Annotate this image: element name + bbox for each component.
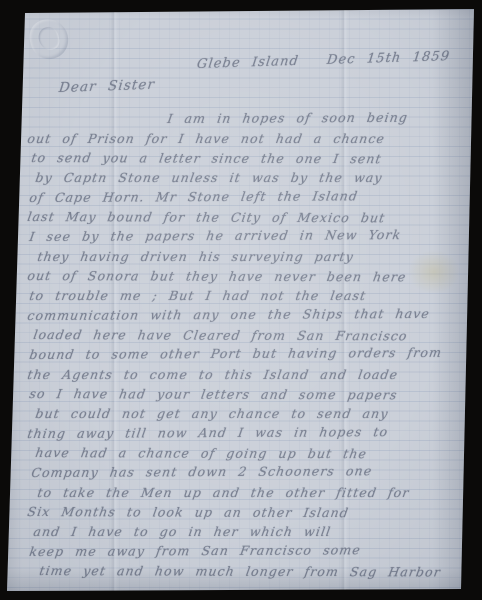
letter-line: to send you a letter since the one I sen… bbox=[30, 148, 477, 169]
letter-heading: Glebe Island Dec 15th 1859 bbox=[196, 49, 451, 72]
letter-photograph: Glebe Island Dec 15th 1859 Dear Sister I… bbox=[0, 0, 482, 600]
letter-line: I see by the papers he arrived in New Yo… bbox=[28, 225, 477, 247]
embossed-crest-icon bbox=[26, 15, 73, 63]
heading-date: Dec 15th 1859 bbox=[326, 49, 451, 68]
heading-place: Glebe Island bbox=[196, 54, 300, 72]
letter-line: Company has sent down 2 Schooners one bbox=[30, 461, 477, 483]
letter-salutation: Dear Sister bbox=[58, 77, 156, 96]
letter-line: thing away till now And I was in hopes t… bbox=[26, 421, 477, 443]
letter-line: and I have to go in her which will bbox=[32, 522, 477, 542]
letter-line: so I have had your letters and some pape… bbox=[28, 384, 477, 405]
letter-line: but could not get any chance to send any bbox=[34, 404, 477, 424]
letter-line: to trouble me ; But I had not the least bbox=[28, 286, 477, 306]
letter-line: keep me away from San Francisco some bbox=[28, 539, 477, 561]
letter-line: communication with any one the Ships tha… bbox=[26, 303, 477, 325]
letter-line: time yet and how much longer from Sag Ha… bbox=[38, 561, 477, 582]
letter-line: I am in hopes of soon being bbox=[166, 107, 477, 128]
letter-line: by Captn Stone unless it was by the way bbox=[34, 168, 477, 188]
letter-line: they having driven his surveying party bbox=[36, 247, 477, 267]
letter-line: bound to some other Port but having orde… bbox=[28, 343, 477, 365]
letter-line: the Agents to come to this Island and lo… bbox=[26, 365, 477, 385]
letter-body: I am in hopes of soon beingout of Prison… bbox=[26, 109, 474, 581]
letter-line: Six Months to look up an other Island bbox=[26, 502, 477, 523]
letter-paper: Glebe Island Dec 15th 1859 Dear Sister I… bbox=[0, 0, 482, 600]
letter-line: of Cape Horn. Mr Stone left the Island bbox=[28, 185, 477, 207]
letter-line: out of Prison for I have not had a chanc… bbox=[26, 129, 477, 149]
letter-line: out of Sonora but they have never been h… bbox=[26, 266, 477, 287]
letter-line: to take the Men up and the other fitted … bbox=[36, 483, 477, 503]
